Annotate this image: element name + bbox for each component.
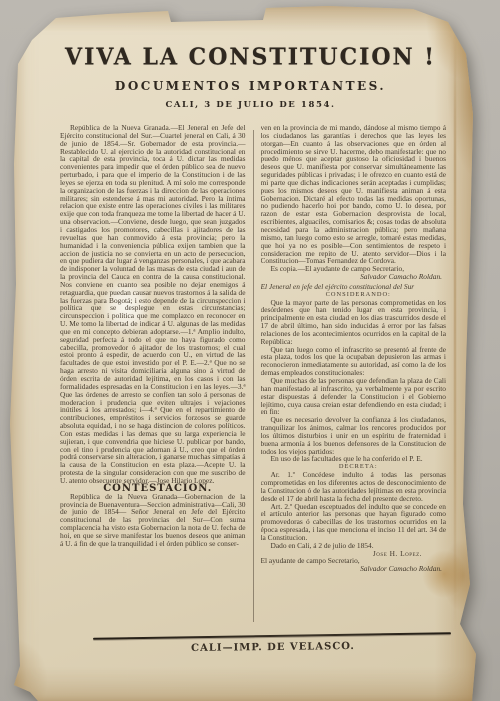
considerando-paragraph: Que tan luego como el infrascrito se pre… (261, 346, 447, 377)
decree-article-2: Art. 2.º Quedan esceptuados del indulto … (261, 503, 447, 542)
decree-article-1: Ar. 1.º Concédese indulto á todas las pe… (261, 471, 447, 502)
page-subtitle: DOCUMENTOS IMPORTANTES. (48, 79, 453, 93)
considerando-paragraph: Que la mayor parte de las personas compr… (261, 299, 447, 346)
secretary-signature: Salvador Camacho Roldan. (261, 565, 447, 573)
broadside-paper: VIVA LA CONSTITUCION ! DOCUMENTOS IMPORT… (8, 4, 482, 701)
contestacion-paragraph: República de la Nueva Granada—Gobernacio… (60, 493, 246, 548)
page-title: VIVA LA CONSTITUCION ! (48, 43, 453, 71)
masthead: VIVA LA CONSTITUCION ! DOCUMENTOS IMPORT… (48, 44, 453, 110)
secretary-signature: Salvador Camacho Roldan. (261, 273, 447, 281)
decree-intro-line: El Jeneral en jefe del ejército constitu… (261, 283, 447, 291)
contestacion-continuation: ven en la provincia de mi mando, dándose… (261, 124, 447, 265)
letter-lopez-paragraph: República de la Nueva Granada.—El Jenera… (60, 124, 246, 485)
footer-rule (93, 632, 451, 640)
considerando-paragraph: Que muchas de las personas que defendian… (261, 377, 447, 416)
photograph-backdrop: VIVA LA CONSTITUCION ! DOCUMENTOS IMPORT… (0, 0, 500, 701)
ink-smudge-top-edge (204, 8, 230, 17)
right-column: ven en la provincia de mi mando, dándose… (261, 124, 447, 623)
considerando-paragraph: Que es necesario devolver la confianza á… (261, 416, 447, 455)
fold-crease-top-left (26, 0, 69, 21)
paper-shadow-wrap: VIVA LA CONSTITUCION ! DOCUMENTOS IMPORT… (0, 0, 500, 701)
left-column: República de la Nueva Granada.—El Jenera… (60, 124, 246, 623)
page-dateline: CALI, 3 DE JULIO DE 1854. (48, 100, 453, 110)
column-divider-rule (253, 130, 254, 622)
fold-crease-right-edge (454, 34, 456, 634)
text-columns: República de la Nueva Granada.—El Jenera… (60, 124, 446, 623)
en-uso-line: En uso de las facultades que le ha confe… (261, 455, 447, 463)
imprint-footer: CALI—IMP. DE VELASCO. (98, 640, 448, 655)
